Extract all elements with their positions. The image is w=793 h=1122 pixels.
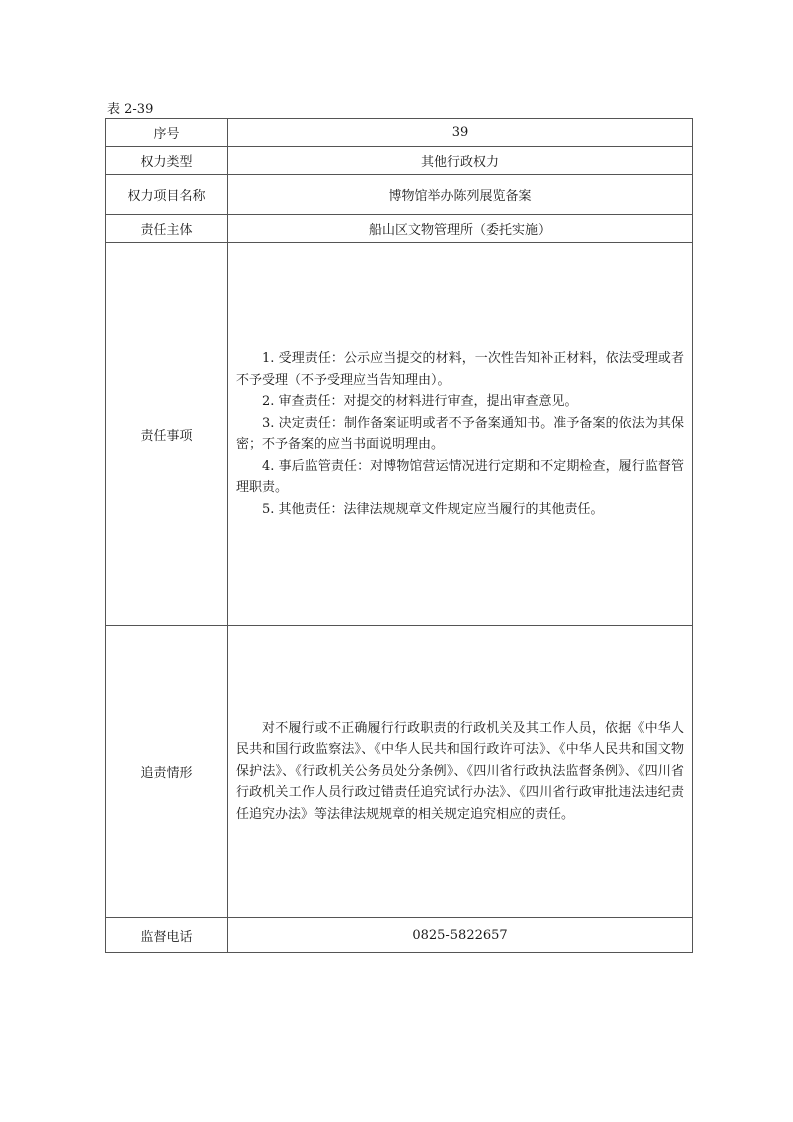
seq-value: 39 [228, 119, 693, 147]
table-row-seq: 序号 39 [106, 119, 693, 147]
duty-item: 3. 决定责任：制作备案证明或者不予备案通知书。准予备案的依法为其保密；不予备案… [236, 413, 684, 456]
duties-content: 1. 受理责任：公示应当提交的材料，一次性告知补正材料，依法受理或者不予受理（不… [228, 243, 693, 626]
name-label: 权力项目名称 [106, 175, 228, 215]
subject-value: 船山区文物管理所（委托实施） [228, 215, 693, 243]
accountability-label: 追责情形 [106, 626, 228, 918]
type-label: 权力类型 [106, 147, 228, 175]
duty-item: 5. 其他责任：法律法规规章文件规定应当履行的其他责任。 [236, 499, 684, 521]
table-row-accountability: 追责情形 对不履行或不正确履行行政职责的行政机关及其工作人员，依据《中华人民共和… [106, 626, 693, 918]
duty-item: 1. 受理责任：公示应当提交的材料，一次性告知补正材料，依法受理或者不予受理（不… [236, 348, 684, 391]
table-row-subject: 责任主体 船山区文物管理所（委托实施） [106, 215, 693, 243]
duties-label: 责任事项 [106, 243, 228, 626]
accountability-content: 对不履行或不正确履行行政职责的行政机关及其工作人员，依据《中华人民共和国行政监察… [228, 626, 693, 918]
table-row-type: 权力类型 其他行政权力 [106, 147, 693, 175]
table-row-name: 权力项目名称 博物馆举办陈列展览备案 [106, 175, 693, 215]
phone-label: 监督电话 [106, 918, 228, 953]
power-item-table: 序号 39 权力类型 其他行政权力 权力项目名称 博物馆举办陈列展览备案 责任主… [105, 118, 693, 953]
name-value: 博物馆举办陈列展览备案 [228, 175, 693, 215]
phone-value: 0825-5822657 [228, 918, 693, 953]
type-value: 其他行政权力 [228, 147, 693, 175]
duty-item: 2. 审查责任：对提交的材料进行审查，提出审查意见。 [236, 391, 684, 413]
subject-label: 责任主体 [106, 215, 228, 243]
accountability-text: 对不履行或不正确履行行政职责的行政机关及其工作人员，依据《中华人民共和国行政监察… [236, 718, 684, 826]
table-caption: 表 2-39 [107, 98, 153, 117]
table-row-duties: 责任事项 1. 受理责任：公示应当提交的材料，一次性告知补正材料，依法受理或者不… [106, 243, 693, 626]
table-row-phone: 监督电话 0825-5822657 [106, 918, 693, 953]
seq-label: 序号 [106, 119, 228, 147]
duty-item: 4. 事后监管责任：对博物馆营运情况进行定期和不定期检查，履行监督管理职责。 [236, 456, 684, 499]
